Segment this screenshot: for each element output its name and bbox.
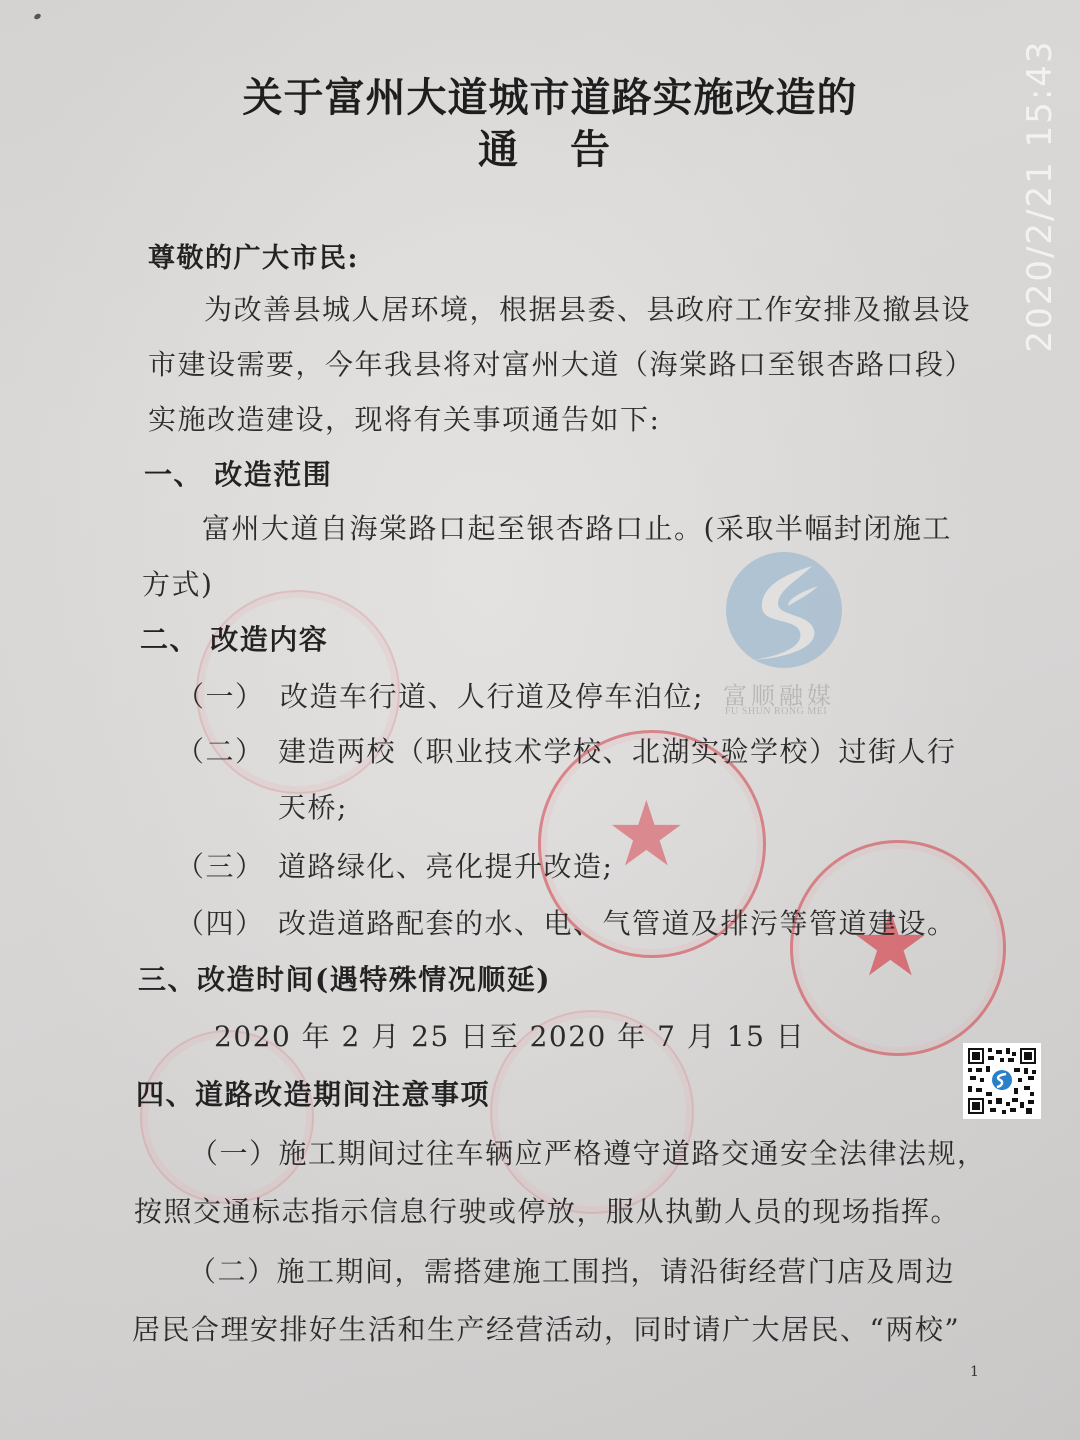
section-4-para-2-line-2: 居民合理安排好生活和生产经营活动，同时请广大居民、“两校” [132,1308,960,1348]
section-2-item-1-num: （一） [176,675,265,715]
section-4-heading: 四、道路改造期间注意事项 [136,1073,490,1113]
section-2-item-3-num: （三） [176,845,265,885]
document-title-notice: 通告 [0,118,1080,175]
section-1-heading: 一、 改造范围 [144,453,332,493]
section-2-heading: 二、 改造内容 [140,618,328,658]
intro-line-2: 市建设需要，今年我县将对富州大道（海棠路口至银杏路口段） [148,343,974,383]
section-1-line-1: 富州大道自海棠路口起至银杏路口止。(采取半幅封闭施工 [202,507,952,547]
photo-timestamp: 2020/2/21 15:43 [1020,39,1060,352]
watermark-brand-en: FU SHUN RONG MEI [725,706,827,717]
intro-line-3: 实施改造建设，现将有关事项通告如下: [148,398,660,438]
faint-seal-bottom-left [140,1030,314,1204]
intro-line-1: 为改善县城人居环境，根据县委、县政府工作安排及撤县设 [204,288,971,328]
section-2-item-3-text: 道路绿化、亮化提升改造; [278,845,613,885]
section-3-dates: 2020 年 2 月 25 日至 2020 年 7 月 15 日 [214,1015,805,1055]
section-3-heading: 三、改造时间(遇特殊情况顺延) [138,958,551,998]
section-1-line-2: 方式) [142,563,213,603]
document-title: 关于富州大道城市道路实施改造的 [0,66,1080,123]
section-4-para-1-line-2: 按照交通标志指示信息行驶或停放，服从执勤人员的现场指挥。 [134,1190,960,1230]
swoosh-s-logo-icon [726,552,842,668]
section-4-para-2-line-1: （二）施工期间，需搭建施工围挡，请沿街经营门店及周边 [188,1250,955,1290]
section-2-item-1-text: 改造车行道、人行道及停车泊位; [280,675,704,715]
section-2-item-4-text: 改造道路配套的水、电、气管道及排污等管道建设。 [278,902,957,942]
section-2-item-4-num: （四） [176,902,265,942]
section-2-item-2-text: 建造两校（职业技术学校、北湖实验学校）过街人行 [278,730,957,770]
salutation: 尊敬的广大市民: [148,236,359,275]
section-2-item-2-num: （二） [176,730,265,770]
section-2-item-2-cont: 天桥; [278,786,348,826]
qr-code-icon[interactable] [963,1043,1041,1119]
page-number: 1 [970,1364,979,1380]
section-4-para-1-line-1: （一）施工期间过往车辆应严格遵守道路交通安全法律法规， [190,1132,987,1172]
seal-star-icon: ★ [606,790,687,880]
